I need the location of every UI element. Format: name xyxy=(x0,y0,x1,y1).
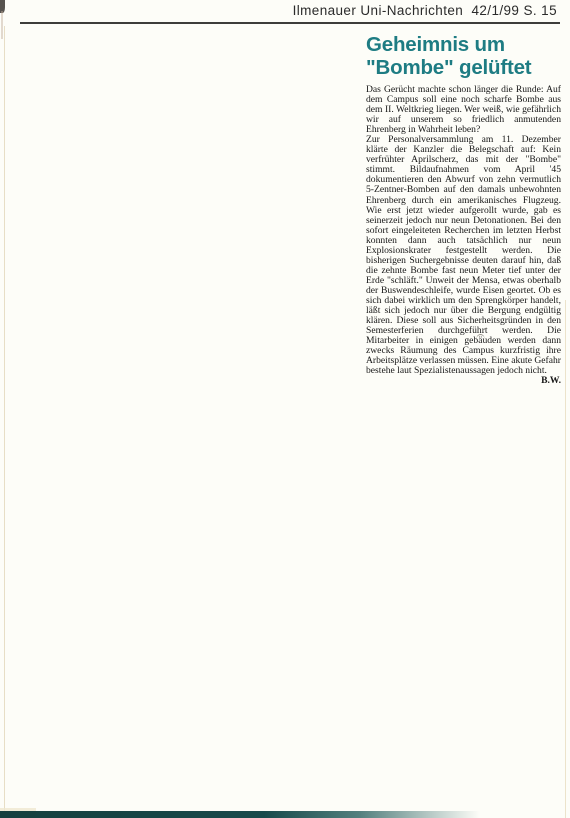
scan-bottom-edge-bar xyxy=(0,811,480,818)
article-paragraph-text: Zur Personalversammlung am 11. Dezember … xyxy=(366,134,561,376)
scan-right-edge-line xyxy=(565,300,566,818)
article-paragraph: Zur Personalversammlung am 11. Dezember … xyxy=(366,135,561,376)
scanned-newspaper-page: Ilmenauer Uni-Nachrichten 42/1/99 S. 15 … xyxy=(0,0,570,818)
article-body: Das Gerücht machte schon länger die Rund… xyxy=(366,85,561,386)
header-rule xyxy=(20,22,560,24)
scan-corner-mark-tail xyxy=(1,11,3,39)
author-initials: B.W. xyxy=(541,376,561,386)
article-title-line1: Geheimnis um xyxy=(366,33,566,56)
article-paragraph: Das Gerücht machte schon länger die Rund… xyxy=(366,85,561,135)
page-header-caption: Ilmenauer Uni-Nachrichten 42/1/99 S. 15 xyxy=(293,3,557,18)
article-title: Geheimnis um "Bombe" gelüftet xyxy=(366,33,566,79)
article-title-line2: "Bombe" gelüftet xyxy=(366,56,566,79)
scan-left-edge-line xyxy=(4,26,5,812)
